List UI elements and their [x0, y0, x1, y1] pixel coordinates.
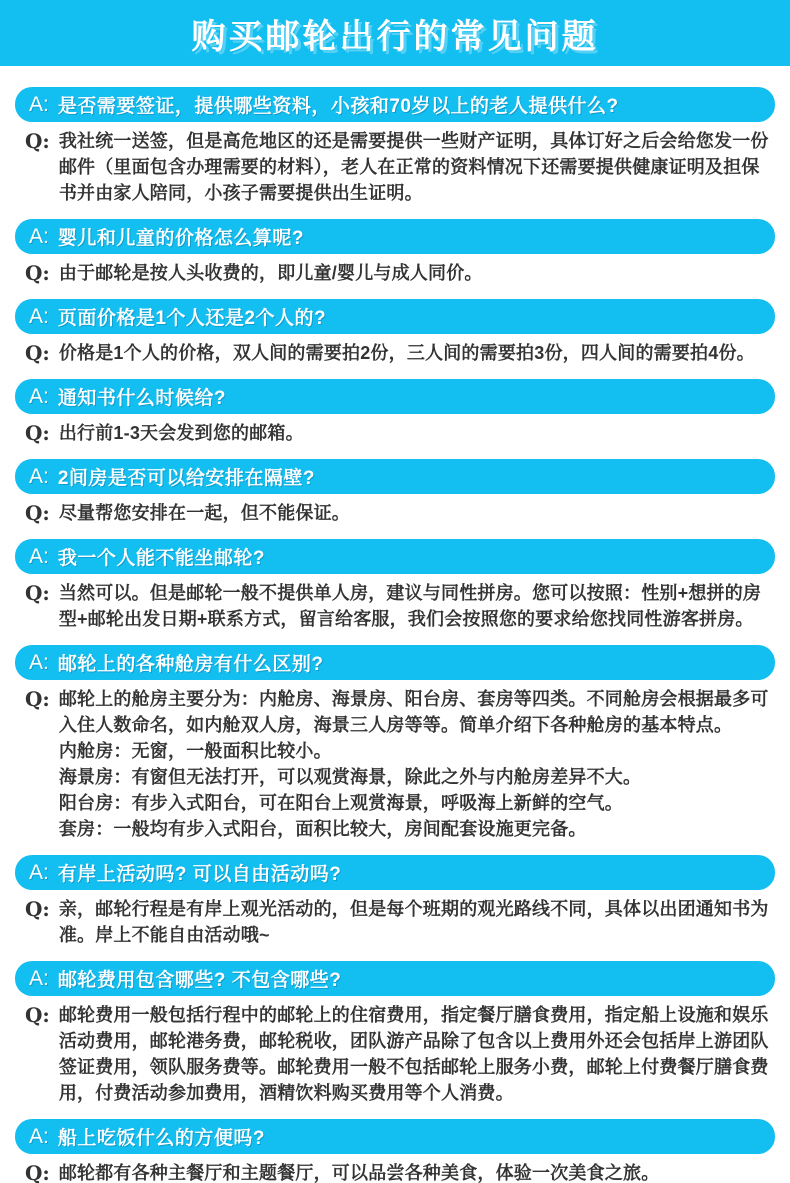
question-text: 船上吃饭什么的方便吗? — [58, 1123, 265, 1150]
answer-row: Q: 价格是1个人的价格，双人间的需要拍2份，三人间的需要拍3份，四人间的需要拍… — [15, 340, 775, 366]
question-text: 邮轮费用包含哪些? 不包含哪些? — [58, 965, 342, 992]
answer-text: 邮轮费用一般包括行程中的邮轮上的住宿费用，指定餐厅膳食费用，指定船上设施和娱乐活… — [59, 1002, 773, 1106]
question-text: 是否需要签证，提供哪些资料，小孩和70岁以上的老人提供什么? — [58, 91, 619, 118]
answer-text: 出行前1-3天会发到您的邮箱。 — [59, 420, 773, 446]
a-marker: A: — [29, 305, 49, 329]
answer-row: Q: 尽量帮您安排在一起，但不能保证。 — [15, 500, 775, 526]
answer-row: Q: 出行前1-3天会发到您的邮箱。 — [15, 420, 775, 446]
q-marker: Q: — [25, 896, 50, 922]
question-text: 页面价格是1个人还是2个人的? — [58, 303, 326, 330]
faq-item: A: 邮轮费用包含哪些? 不包含哪些? Q: 邮轮费用一般包括行程中的邮轮上的住… — [15, 961, 775, 1106]
answer-text: 邮轮都有各种主餐厅和主题餐厅，可以品尝各种美食，体验一次美食之旅。 — [59, 1160, 773, 1183]
question-banner: A: 是否需要签证，提供哪些资料，小孩和70岁以上的老人提供什么? — [15, 87, 775, 122]
question-banner: A: 婴儿和儿童的价格怎么算呢? — [15, 219, 775, 254]
q-marker: Q: — [25, 500, 50, 526]
a-marker: A: — [29, 651, 49, 675]
faq-item: A: 婴儿和儿童的价格怎么算呢? Q: 由于邮轮是按人头收费的，即儿童/婴儿与成… — [15, 219, 775, 286]
answer-row: Q: 邮轮上的舱房主要分为：内舱房、海景房、阳台房、套房等四类。不同舱房会根据最… — [15, 686, 775, 842]
answer-text: 价格是1个人的价格，双人间的需要拍2份，三人间的需要拍3份，四人间的需要拍4份。 — [59, 340, 773, 366]
a-marker: A: — [29, 1125, 49, 1149]
answer-text: 亲，邮轮行程是有岸上观光活动的，但是每个班期的观光路线不同，具体以出团通知书为准… — [59, 896, 773, 948]
answer-text: 当然可以。但是邮轮一般不提供单人房，建议与同性拼房。您可以按照：性别+想拼的房型… — [59, 580, 773, 632]
q-marker: Q: — [25, 580, 50, 606]
question-text: 通知书什么时候给? — [58, 383, 226, 410]
answer-text: 由于邮轮是按人头收费的，即儿童/婴儿与成人同价。 — [59, 260, 773, 286]
a-marker: A: — [29, 225, 49, 249]
q-marker: Q: — [25, 1160, 50, 1183]
a-marker: A: — [29, 465, 49, 489]
question-banner: A: 2间房是否可以给安排在隔壁? — [15, 459, 775, 494]
faq-list: A: 是否需要签证，提供哪些资料，小孩和70岁以上的老人提供什么? Q: 我社统… — [0, 66, 790, 1183]
faq-item: A: 邮轮上的各种舱房有什么区别? Q: 邮轮上的舱房主要分为：内舱房、海景房、… — [15, 645, 775, 842]
page-title: 购买邮轮出行的常见问题 — [192, 9, 599, 58]
faq-item: A: 通知书什么时候给? Q: 出行前1-3天会发到您的邮箱。 — [15, 379, 775, 446]
question-banner: A: 有岸上活动吗? 可以自由活动吗? — [15, 855, 775, 890]
a-marker: A: — [29, 385, 49, 409]
q-marker: Q: — [25, 340, 50, 366]
a-marker: A: — [29, 545, 49, 569]
question-banner: A: 船上吃饭什么的方便吗? — [15, 1119, 775, 1154]
answer-text: 我社统一送签，但是高危地区的还是需要提供一些财产证明，具体订好之后会给您发一份邮… — [59, 128, 773, 206]
answer-text: 尽量帮您安排在一起，但不能保证。 — [59, 500, 773, 526]
a-marker: A: — [29, 861, 49, 885]
question-banner: A: 邮轮费用包含哪些? 不包含哪些? — [15, 961, 775, 996]
q-marker: Q: — [25, 260, 50, 286]
header-banner: 购买邮轮出行的常见问题 — [0, 0, 790, 66]
answer-row: Q: 邮轮都有各种主餐厅和主题餐厅，可以品尝各种美食，体验一次美食之旅。 — [15, 1160, 775, 1183]
question-banner: A: 通知书什么时候给? — [15, 379, 775, 414]
faq-item: A: 有岸上活动吗? 可以自由活动吗? Q: 亲，邮轮行程是有岸上观光活动的，但… — [15, 855, 775, 948]
answer-row: Q: 由于邮轮是按人头收费的，即儿童/婴儿与成人同价。 — [15, 260, 775, 286]
answer-row: Q: 当然可以。但是邮轮一般不提供单人房，建议与同性拼房。您可以按照：性别+想拼… — [15, 580, 775, 632]
answer-row: Q: 亲，邮轮行程是有岸上观光活动的，但是每个班期的观光路线不同，具体以出团通知… — [15, 896, 775, 948]
q-marker: Q: — [25, 128, 50, 154]
q-marker: Q: — [25, 686, 50, 712]
question-text: 2间房是否可以给安排在隔壁? — [58, 463, 315, 490]
q-marker: Q: — [25, 1002, 50, 1028]
question-banner: A: 我一个人能不能坐邮轮? — [15, 539, 775, 574]
question-banner: A: 页面价格是1个人还是2个人的? — [15, 299, 775, 334]
a-marker: A: — [29, 967, 49, 991]
faq-item: A: 2间房是否可以给安排在隔壁? Q: 尽量帮您安排在一起，但不能保证。 — [15, 459, 775, 526]
faq-item: A: 是否需要签证，提供哪些资料，小孩和70岁以上的老人提供什么? Q: 我社统… — [15, 87, 775, 206]
question-text: 我一个人能不能坐邮轮? — [58, 543, 265, 570]
faq-item: A: 页面价格是1个人还是2个人的? Q: 价格是1个人的价格，双人间的需要拍2… — [15, 299, 775, 366]
question-banner: A: 邮轮上的各种舱房有什么区别? — [15, 645, 775, 680]
question-text: 有岸上活动吗? 可以自由活动吗? — [58, 859, 342, 886]
answer-text: 邮轮上的舱房主要分为：内舱房、海景房、阳台房、套房等四类。不同舱房会根据最多可入… — [59, 686, 773, 842]
question-text: 婴儿和儿童的价格怎么算呢? — [58, 223, 304, 250]
a-marker: A: — [29, 93, 49, 117]
q-marker: Q: — [25, 420, 50, 446]
faq-item: A: 船上吃饭什么的方便吗? Q: 邮轮都有各种主餐厅和主题餐厅，可以品尝各种美… — [15, 1119, 775, 1183]
answer-row: Q: 我社统一送签，但是高危地区的还是需要提供一些财产证明，具体订好之后会给您发… — [15, 128, 775, 206]
answer-row: Q: 邮轮费用一般包括行程中的邮轮上的住宿费用，指定餐厅膳食费用，指定船上设施和… — [15, 1002, 775, 1106]
faq-item: A: 我一个人能不能坐邮轮? Q: 当然可以。但是邮轮一般不提供单人房，建议与同… — [15, 539, 775, 632]
question-text: 邮轮上的各种舱房有什么区别? — [58, 649, 324, 676]
